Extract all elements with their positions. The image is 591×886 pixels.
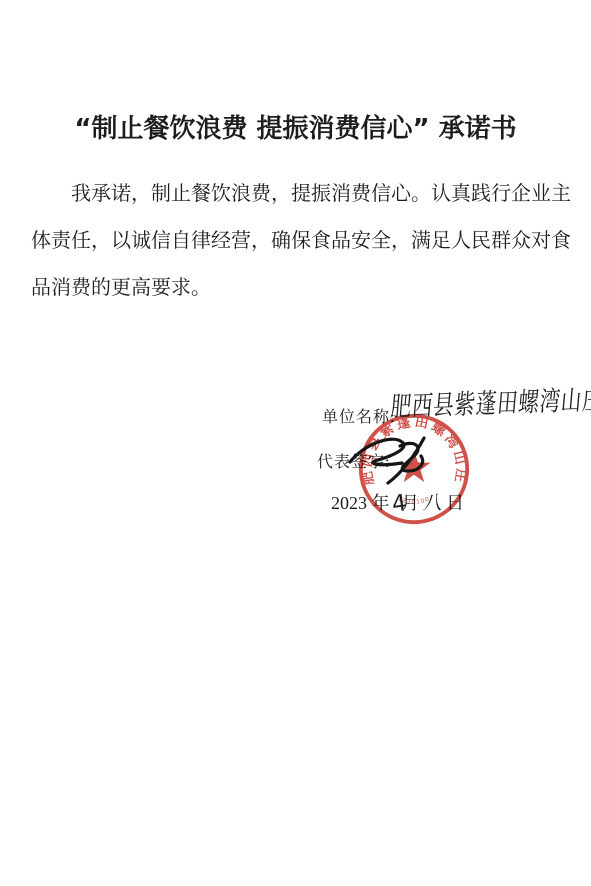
document-body: 我承诺，制止餐饮浪费，提振消费信心。认真践行企业主 体责任，以诚信自律经营，确保… xyxy=(31,171,563,312)
body-line: 品消费的更高要求。 xyxy=(31,265,563,312)
document-page: “制止餐饮浪费 提振消费信心” 承诺书 我承诺，制止餐饮浪费，提振消费信心。认真… xyxy=(0,0,591,886)
body-line: 我承诺，制止餐饮浪费，提振消费信心。认真践行企业主 xyxy=(31,171,563,218)
unit-name-handwritten: 肥西县紫蓬田螺湾山庄 xyxy=(389,378,591,424)
representative-signature-handwriting xyxy=(344,426,456,490)
body-line: 体责任，以诚信自律经营，确保食品安全，满足人民群众对食 xyxy=(31,218,563,265)
document-title: “制止餐饮浪费 提振消费信心” 承诺书 xyxy=(0,108,591,145)
